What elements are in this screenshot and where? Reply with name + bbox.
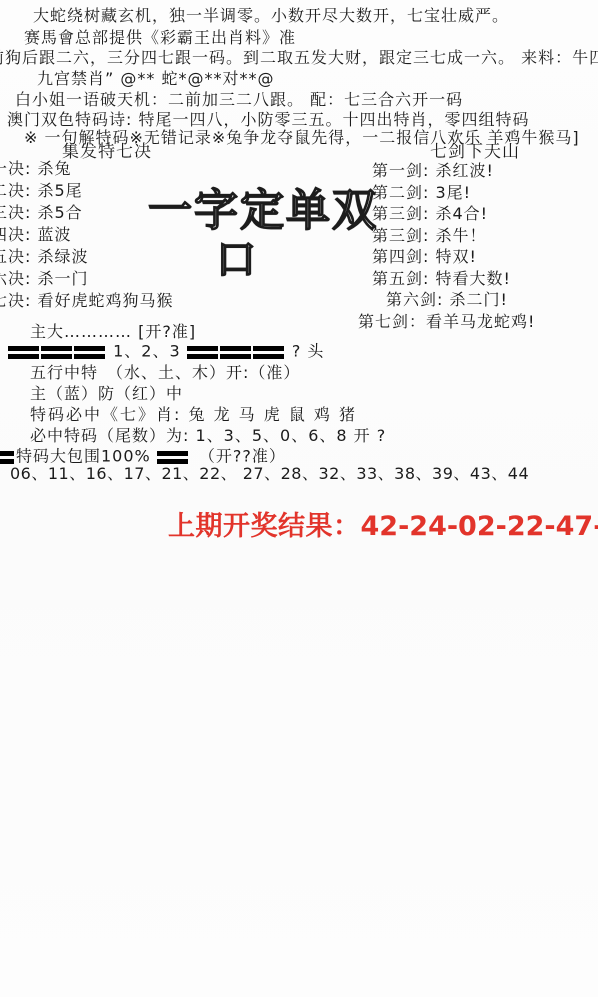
list-item: 一决: 杀兔 xyxy=(0,158,173,180)
bars-numbers: 1、2、3 xyxy=(113,342,181,361)
zhu-da-line: 主大………… [开?准] xyxy=(30,322,196,342)
previous-draw-result: 上期开奖结果：42-24-02-22-47-21+26 xyxy=(168,504,598,543)
verse-line-6: 澳门双色特码诗: 特尾一四八，小防零三五。十四出特肖，零四组特码 xyxy=(7,110,529,130)
verse-line-5: 白小姐一语破天机：二前加三二八跟。 配：七三合六开一码 xyxy=(15,90,463,110)
black-double-bar xyxy=(8,346,39,359)
wrap-status: （开??准） xyxy=(190,447,286,466)
black-double-bar xyxy=(253,346,284,359)
list-item: 第五剑: 特看大数! xyxy=(358,268,535,290)
seven-zodiac-line: 特码必中《七》肖: 兔 龙 马 虎 鼠 鸡 猪 xyxy=(30,405,357,425)
list-item: 第二剑: 3尾! xyxy=(358,182,535,204)
wrap-numbers-line: 06、11、16、17、21、22、 27、28、32、33、38、39、43、… xyxy=(10,464,529,484)
head-bars-line: 1、2、3 ? 头 xyxy=(8,341,324,361)
lottery-tip-sheet: 大蛇绕树藏玄机，独一半调零。小数开尽大数开，七宝壮威严。 赛馬會总部提供《彩霸王… xyxy=(0,0,598,997)
bars-suffix: ? 头 xyxy=(292,342,325,361)
result-label: 上期开奖结果： xyxy=(168,511,361,542)
list-item: 第三剑: 杀牛！ xyxy=(358,225,535,247)
tail-numbers-line: 必中特码（尾数）为: 1、3、5、0、6、8 开 ? xyxy=(30,426,386,446)
black-double-bar xyxy=(41,346,72,359)
black-double-bar xyxy=(220,346,251,359)
verse-line-2: 赛馬會总部提供《彩霸王出肖料》准 xyxy=(24,28,296,48)
black-double-bar xyxy=(157,451,188,464)
list-item: 七决: 看好虎蛇鸡狗马猴 xyxy=(0,290,173,312)
list-item: 第一剑: 杀红波! xyxy=(358,160,535,182)
verse-line-1: 大蛇绕树藏玄机，独一半调零。小数开尽大数开，七宝壮威严。 xyxy=(33,6,509,26)
list-item: 第六剑: 杀二门! xyxy=(358,289,535,311)
wrap-label: 特码大包围100% xyxy=(16,447,151,466)
wave-color-line: 主（蓝）防（红）中 xyxy=(30,384,183,404)
black-double-bar xyxy=(0,451,14,464)
title-text: 一字定单双 xyxy=(148,185,378,236)
center-outline-title: 一字定单双 口 xyxy=(148,186,324,284)
verse-line-4: 九宫禁肖” @** 蛇*@**对**@ xyxy=(37,69,274,89)
five-elements-line: 五行中特 （水、土、木）开:（准） xyxy=(30,363,300,383)
title-box-char: 口 xyxy=(148,236,324,284)
verse-line-3: 前狗后跟二六，三分四七跟一码。到二取五发大财，跟定三七成一六。 来料：牛四 开? xyxy=(0,48,598,68)
list-item: 第三剑: 杀4合! xyxy=(358,203,535,225)
list-item: 第四剑: 特双! xyxy=(358,246,535,268)
result-numbers: 42-24-02-22-47-21+26 xyxy=(361,511,598,542)
list-item: 第七剑：看羊马龙蛇鸡! xyxy=(358,311,535,333)
black-double-bar xyxy=(187,346,218,359)
seven-swords-list: 第一剑: 杀红波! 第二剑: 3尾! 第三剑: 杀4合! 第三剑: 杀牛！ 第四… xyxy=(358,160,535,332)
right-column-header: 七剑下天山 xyxy=(430,142,520,162)
black-double-bar xyxy=(74,346,105,359)
